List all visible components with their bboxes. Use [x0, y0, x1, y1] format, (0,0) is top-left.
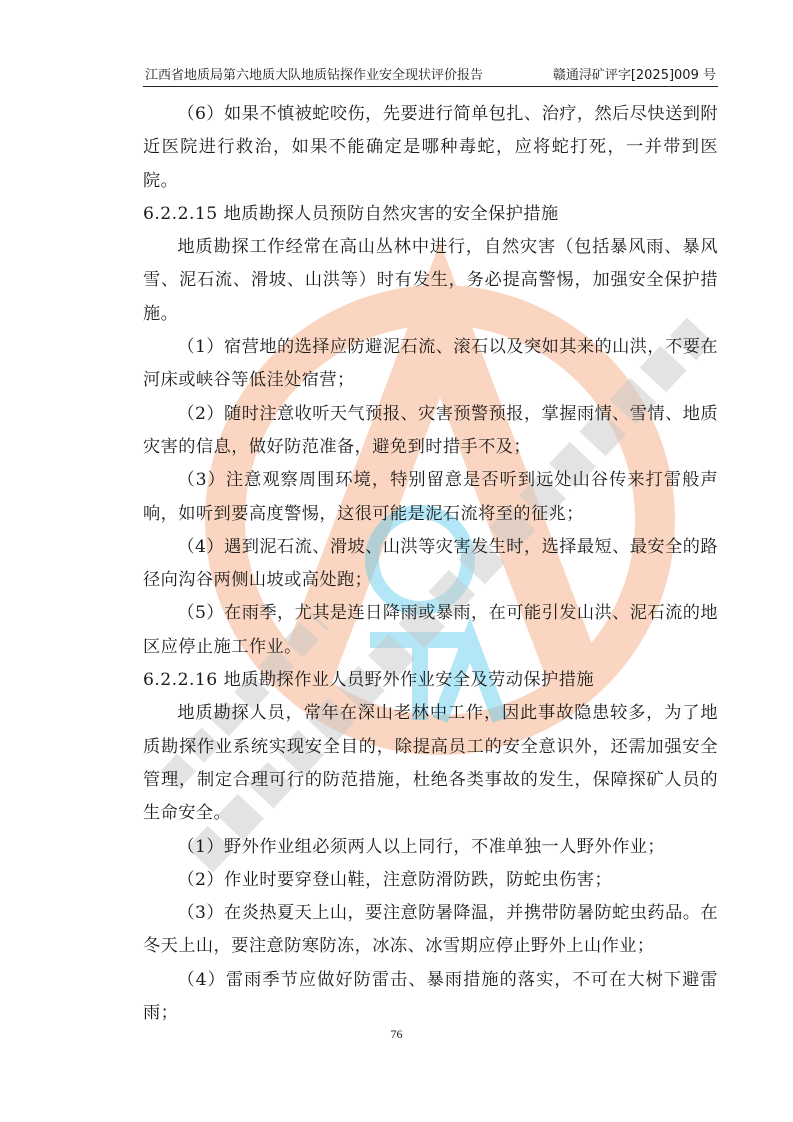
paragraph-field-item-3: （3）在炎热夏天上山，要注意防暑降温，并携带防暑防蛇虫药品。在冬天上山，要注意防…	[143, 897, 718, 964]
paragraph-field-item-2: （2）作业时要穿登山鞋，注意防滑防跌，防蛇虫伤害；	[143, 864, 718, 897]
paragraph-natural-disaster-intro: 地质勘探工作经常在高山丛林中进行，自然灾害（包括暴风雨、暴风雪、泥石流、滑坡、山…	[143, 231, 718, 331]
paragraph-field-item-1: （1）野外作业组必须两人以上同行，不准单独一人野外作业；	[143, 831, 718, 864]
paragraph-field-item-4: （4）雷雨季节应做好防雷击、暴雨措施的落实，不可在大树下避雷雨；	[143, 964, 718, 1031]
paragraph-item-1-campsite: （1）宿营地的选择应防避泥石流、滚石以及突如其来的山洪，不要在河床或峡谷等低洼处…	[143, 331, 718, 398]
paragraph-item-5-rain-season: （5）在雨季，尤其是连日降雨或暴雨，在可能引发山洪、泥石流的地区应停止施工作业。	[143, 597, 718, 664]
document-body: （6）如果不慎被蛇咬伤，先要进行简单包扎、治疗，然后尽快送到附近医院进行救治，如…	[143, 98, 718, 1030]
report-title: 江西省地质局第六地质大队地质钻探作业安全现状评价报告	[145, 67, 483, 85]
paragraph-field-work-intro: 地质勘探人员，常年在深山老林中工作，因此事故隐患较多，为了地质勘探作业系统实现安…	[143, 697, 718, 830]
paragraph-item-3-observe: （3）注意观察周围环境，特别留意是否听到远处山谷传来打雷般声响，如听到要高度警惕…	[143, 464, 718, 531]
paragraph-snake-bite: （6）如果不慎被蛇咬伤，先要进行简单包扎、治疗，然后尽快送到附近医院进行救治，如…	[143, 98, 718, 198]
page-number: 76	[0, 1027, 793, 1042]
page-header: 江西省地质局第六地质大队地质钻探作业安全现状评价报告 赣通浔矿评字[2025]0…	[143, 66, 718, 87]
paragraph-item-4-escape: （4）遇到泥石流、滑坡、山洪等灾害发生时，选择最短、最安全的路径向沟谷两侧山坡或…	[143, 531, 718, 598]
section-heading-6-2-2-16: 6.2.2.16 地质勘探作业人员野外作业安全及劳动保护措施	[143, 664, 718, 697]
document-number: 赣通浔矿评字[2025]009 号	[553, 67, 716, 85]
section-heading-6-2-2-15: 6.2.2.15 地质勘探人员预防自然灾害的安全保护措施	[143, 198, 718, 231]
paragraph-item-2-forecast: （2）随时注意收听天气预报、灾害预警预报，掌握雨情、雪情、地质灾害的信息，做好防…	[143, 398, 718, 465]
